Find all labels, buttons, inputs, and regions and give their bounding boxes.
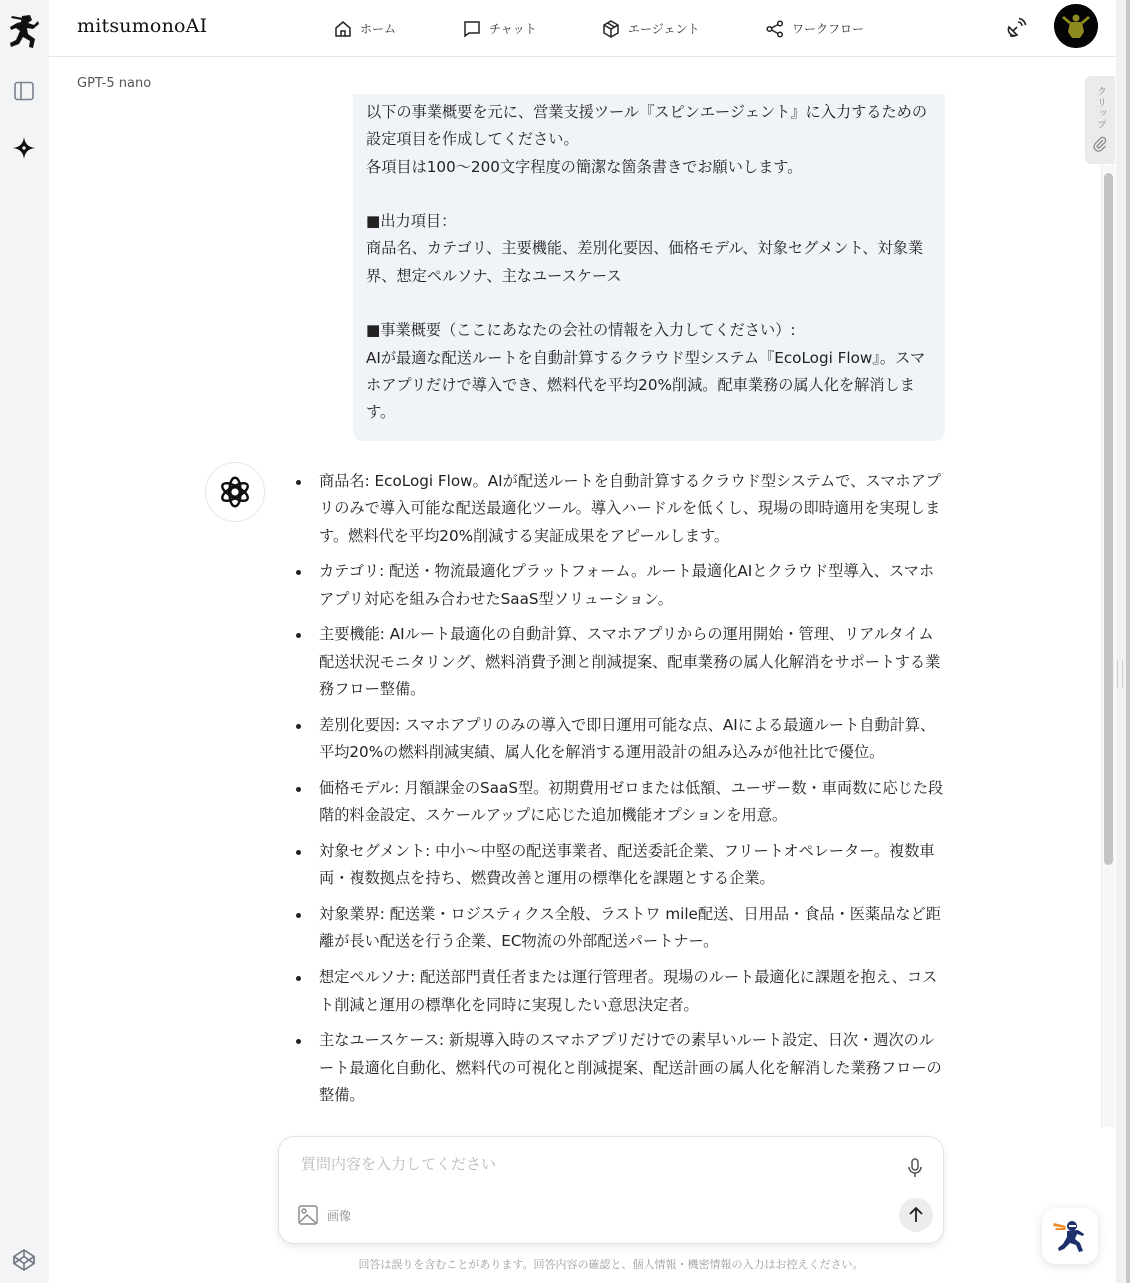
page-scrollbar-thumb[interactable]	[1126, 0, 1130, 1283]
list-item: 想定ペルソナ: 配送部門責任者または運行管理者。現場のルート最適化に課題を抱え、…	[299, 964, 947, 1019]
top-header: mitsumonoAI ホーム チャット エージェント ワークフロー	[49, 0, 1120, 57]
ninja-mascot-icon	[1050, 1217, 1090, 1255]
left-rail	[0, 0, 49, 1283]
chat-icon	[462, 19, 482, 39]
attach-image-button[interactable]: 画像	[297, 1204, 351, 1226]
user-avatar[interactable]	[1054, 4, 1098, 48]
list-item: カテゴリ: 配送・物流最適化プラットフォーム。ルート最適化AIとクラウド型導入、…	[299, 558, 947, 613]
nav-home[interactable]: ホーム	[333, 0, 396, 57]
clip-tab-label: クリップ	[1093, 86, 1108, 130]
send-button[interactable]	[899, 1198, 933, 1232]
message-input[interactable]	[301, 1155, 881, 1173]
chat-thread: 以下の事業概要を元に、営業支援ツール『スピンエージェント』に入力するための設定項…	[49, 58, 1101, 1128]
nav-chat-label: チャット	[489, 20, 537, 37]
share-icon	[765, 19, 785, 39]
codepen-icon[interactable]	[12, 1248, 36, 1272]
list-item: 商品名: EcoLogi Flow。AIが配送ルートを自動計算するクラウド型シス…	[299, 468, 947, 550]
arrow-up-icon	[907, 1206, 925, 1224]
cube-icon	[601, 19, 621, 39]
sparkle-icon[interactable]	[12, 136, 36, 160]
paperclip-icon	[1093, 136, 1107, 152]
nav-agent-label: エージェント	[628, 20, 700, 37]
list-item: 対象セグメント: 中小〜中堅の配送事業者、配送委託企業、フリートオペレーター。複…	[299, 838, 947, 893]
image-icon	[297, 1204, 319, 1226]
brand-name[interactable]: mitsumonoAI	[77, 15, 207, 37]
attach-image-label: 画像	[327, 1207, 351, 1224]
openai-logo-icon	[216, 473, 254, 511]
list-item: 差別化要因: スマホアプリのみの導入で即日運用可能な点、AIによる最適ルート自動…	[299, 712, 947, 767]
list-item: 主なユースケース: 新規導入時のスマホアプリだけでの素早いルート設定、日次・週次…	[299, 1027, 947, 1109]
ninja-logo-icon[interactable]	[8, 12, 40, 50]
assistant-avatar	[205, 462, 265, 522]
sidebar-toggle-icon[interactable]	[12, 79, 36, 103]
disclaimer-text: 回答は誤りを含むことがあります。回答内容の確認と、個人情報・機密情報の入力はお控…	[278, 1256, 944, 1272]
home-icon	[333, 19, 353, 39]
ninja-assistant-button[interactable]	[1042, 1208, 1098, 1264]
nav-agent[interactable]: エージェント	[601, 0, 700, 57]
satellite-dish-icon[interactable]	[1004, 14, 1030, 44]
nav-workflow-label: ワークフロー	[792, 20, 864, 37]
microphone-icon[interactable]	[905, 1157, 925, 1183]
nav-chat[interactable]: チャット	[462, 0, 537, 57]
clip-tab[interactable]: クリップ	[1085, 76, 1115, 164]
nav-home-label: ホーム	[360, 20, 396, 37]
chat-scrollbar-thumb[interactable]	[1104, 173, 1113, 865]
list-item: 価格モデル: 月額課金のSaaS型。初期費用ゼロまたは低額、ユーザー数・車両数に…	[299, 775, 947, 830]
list-item: 主要機能: AIルート最適化の自動計算、スマホアプリからの運用開始・管理、リアル…	[299, 621, 947, 703]
user-message: 以下の事業概要を元に、営業支援ツール『スピンエージェント』に入力するための設定項…	[353, 94, 945, 441]
assistant-message: 商品名: EcoLogi Flow。AIが配送ルートを自動計算するクラウド型シス…	[299, 468, 947, 1118]
message-composer: 画像	[278, 1136, 944, 1244]
resize-handle[interactable]	[1117, 660, 1123, 688]
nav-workflow[interactable]: ワークフロー	[765, 0, 864, 57]
list-item: 対象業界: 配送業・ロジスティクス全般、ラストワ mile配送、日用品・食品・医…	[299, 901, 947, 956]
